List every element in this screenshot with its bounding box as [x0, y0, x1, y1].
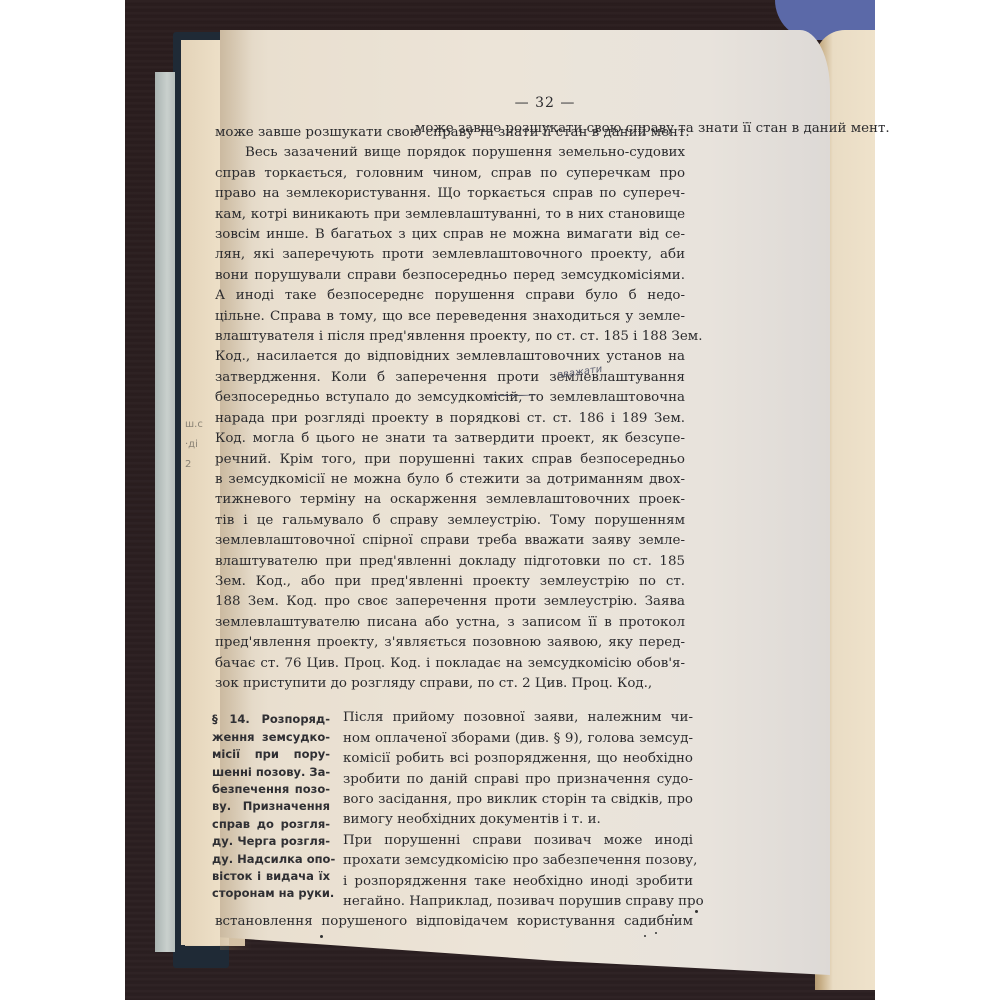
- text-line: негайно. Наприклад, позивач порушив спра…: [343, 892, 693, 912]
- sidenote-line: місії при пору-: [212, 746, 330, 763]
- text-line: речний. Крім того, при порушенні таких с…: [215, 450, 685, 470]
- text-line: зок приступити до розгляду справи, по ст…: [215, 674, 685, 694]
- text-line: вимогу необхідних документів і т. и.: [343, 810, 693, 830]
- sidenote-line: справ до розгля-: [212, 816, 330, 833]
- text-line: кам, котрі виникають при землевлаштуванн…: [215, 205, 685, 225]
- section-14: § 14. Розпоряд- ження земсудко- місії пр…: [215, 708, 825, 932]
- text-line: справ торкається, головним чином, справ …: [215, 164, 685, 184]
- text-line: безпосередньо вступало до земсудкомісій,…: [215, 388, 685, 408]
- text-line: прохати земсудкомісію про забезпечення п…: [343, 851, 693, 871]
- text-line: бачає ст. 76 Цив. Проц. Код. і покладає …: [215, 654, 685, 674]
- text-line: лян, які заперечують проти землевлаштово…: [215, 245, 685, 265]
- text-line: право на землекористування. Що торкаєтьс…: [215, 184, 685, 204]
- text-line: Весь зазачений вище порядок порушення зе…: [215, 143, 685, 163]
- text-line: влаштувателя і після пред'явлення проект…: [215, 327, 685, 347]
- page-body: може завше розшукати свою справу та знат…: [205, 123, 825, 933]
- text-line: і розпорядження таке необхідно иноді зро…: [343, 872, 693, 892]
- text-line: Зем. Код., або при пред'явленні проекту …: [215, 572, 685, 592]
- cover-marbled-edge: [155, 72, 175, 952]
- sidenote-line: безпечення позо-: [212, 781, 330, 798]
- margin-pencil-marks: ш.с ·ді 2: [185, 415, 203, 475]
- text-line: землевлаштувателю писана або устна, з за…: [215, 613, 685, 633]
- text-line: зовсім инше. В багатьох з цих справ не м…: [215, 225, 685, 245]
- text-line: Після прийому позовної заяви, належним ч…: [343, 708, 693, 728]
- text-line: Код. могла б цього не знати та затвердит…: [215, 429, 685, 449]
- text-line: землевлаштовочної спірної справи треба в…: [215, 531, 685, 551]
- sidenote-line: шенні позову. За-: [212, 764, 330, 781]
- text-line: При порушенні справи позивач може иноді: [343, 831, 693, 851]
- text-line: А иноді таке безпосереднє порушення спра…: [215, 286, 685, 306]
- sidenote-line: сторонам на руки.: [212, 885, 330, 902]
- page-number: — 32 —: [235, 95, 855, 111]
- text-line: цільне. Справа в тому, що все переведенн…: [215, 307, 685, 327]
- pencil-underline: [483, 392, 539, 396]
- text-line: Код., насилается до відповідних землевла…: [215, 347, 685, 367]
- text-line: вого засідання, про виклик сторін та сві…: [343, 790, 693, 810]
- text-line: ном оплаченої зборами (див. § 9), голова…: [343, 729, 693, 749]
- text-line: затвердження. Коли б заперечення проти з…: [215, 368, 685, 388]
- pencil-mark: 2: [185, 455, 203, 475]
- text-line: нарада при розгляді проекту в порядкові …: [215, 409, 685, 429]
- text-line: в земсудкомісії не можна було б стежити …: [215, 470, 685, 490]
- sidenote-line: ду. Черга розгля-: [212, 833, 330, 850]
- section-14-sidenote: § 14. Розпоряд- ження земсудко- місії пр…: [212, 711, 332, 902]
- text-line: тів і це гальмувало б справу землеустрію…: [215, 511, 685, 531]
- sidenote-line: ду. Надсилка опо-: [212, 851, 330, 868]
- pencil-mark: ·ді: [185, 435, 203, 455]
- text-line: може завше розшукати свою справу та знат…: [215, 123, 685, 143]
- text-line: 188 Зем. Код. про своє заперечення проти…: [215, 592, 685, 612]
- text-line: встановлення порушеного відповідачем кор…: [215, 912, 693, 932]
- text-line: тижневого терміну на оскарження землевла…: [215, 490, 685, 510]
- sidenote-line: § 14. Розпоряд-: [212, 711, 330, 728]
- text-line: зробити по даній справі про призначення …: [343, 770, 693, 790]
- sidenote-line: ження земсудко-: [212, 729, 330, 746]
- text-line: вони порушували справи безпосередньо пер…: [215, 266, 685, 286]
- text-line: комісії робить всі розпорядження, що нео…: [343, 749, 693, 769]
- sidenote-line: ву. Призначення: [212, 798, 330, 815]
- pencil-mark: ш.с: [185, 415, 203, 435]
- text-line: пред'явлення проекту, з'являється позовн…: [215, 633, 685, 653]
- sidenote-line: вісток і видача їх: [212, 868, 330, 885]
- text-line: влаштувателю при пред'явленні докладу пі…: [215, 552, 685, 572]
